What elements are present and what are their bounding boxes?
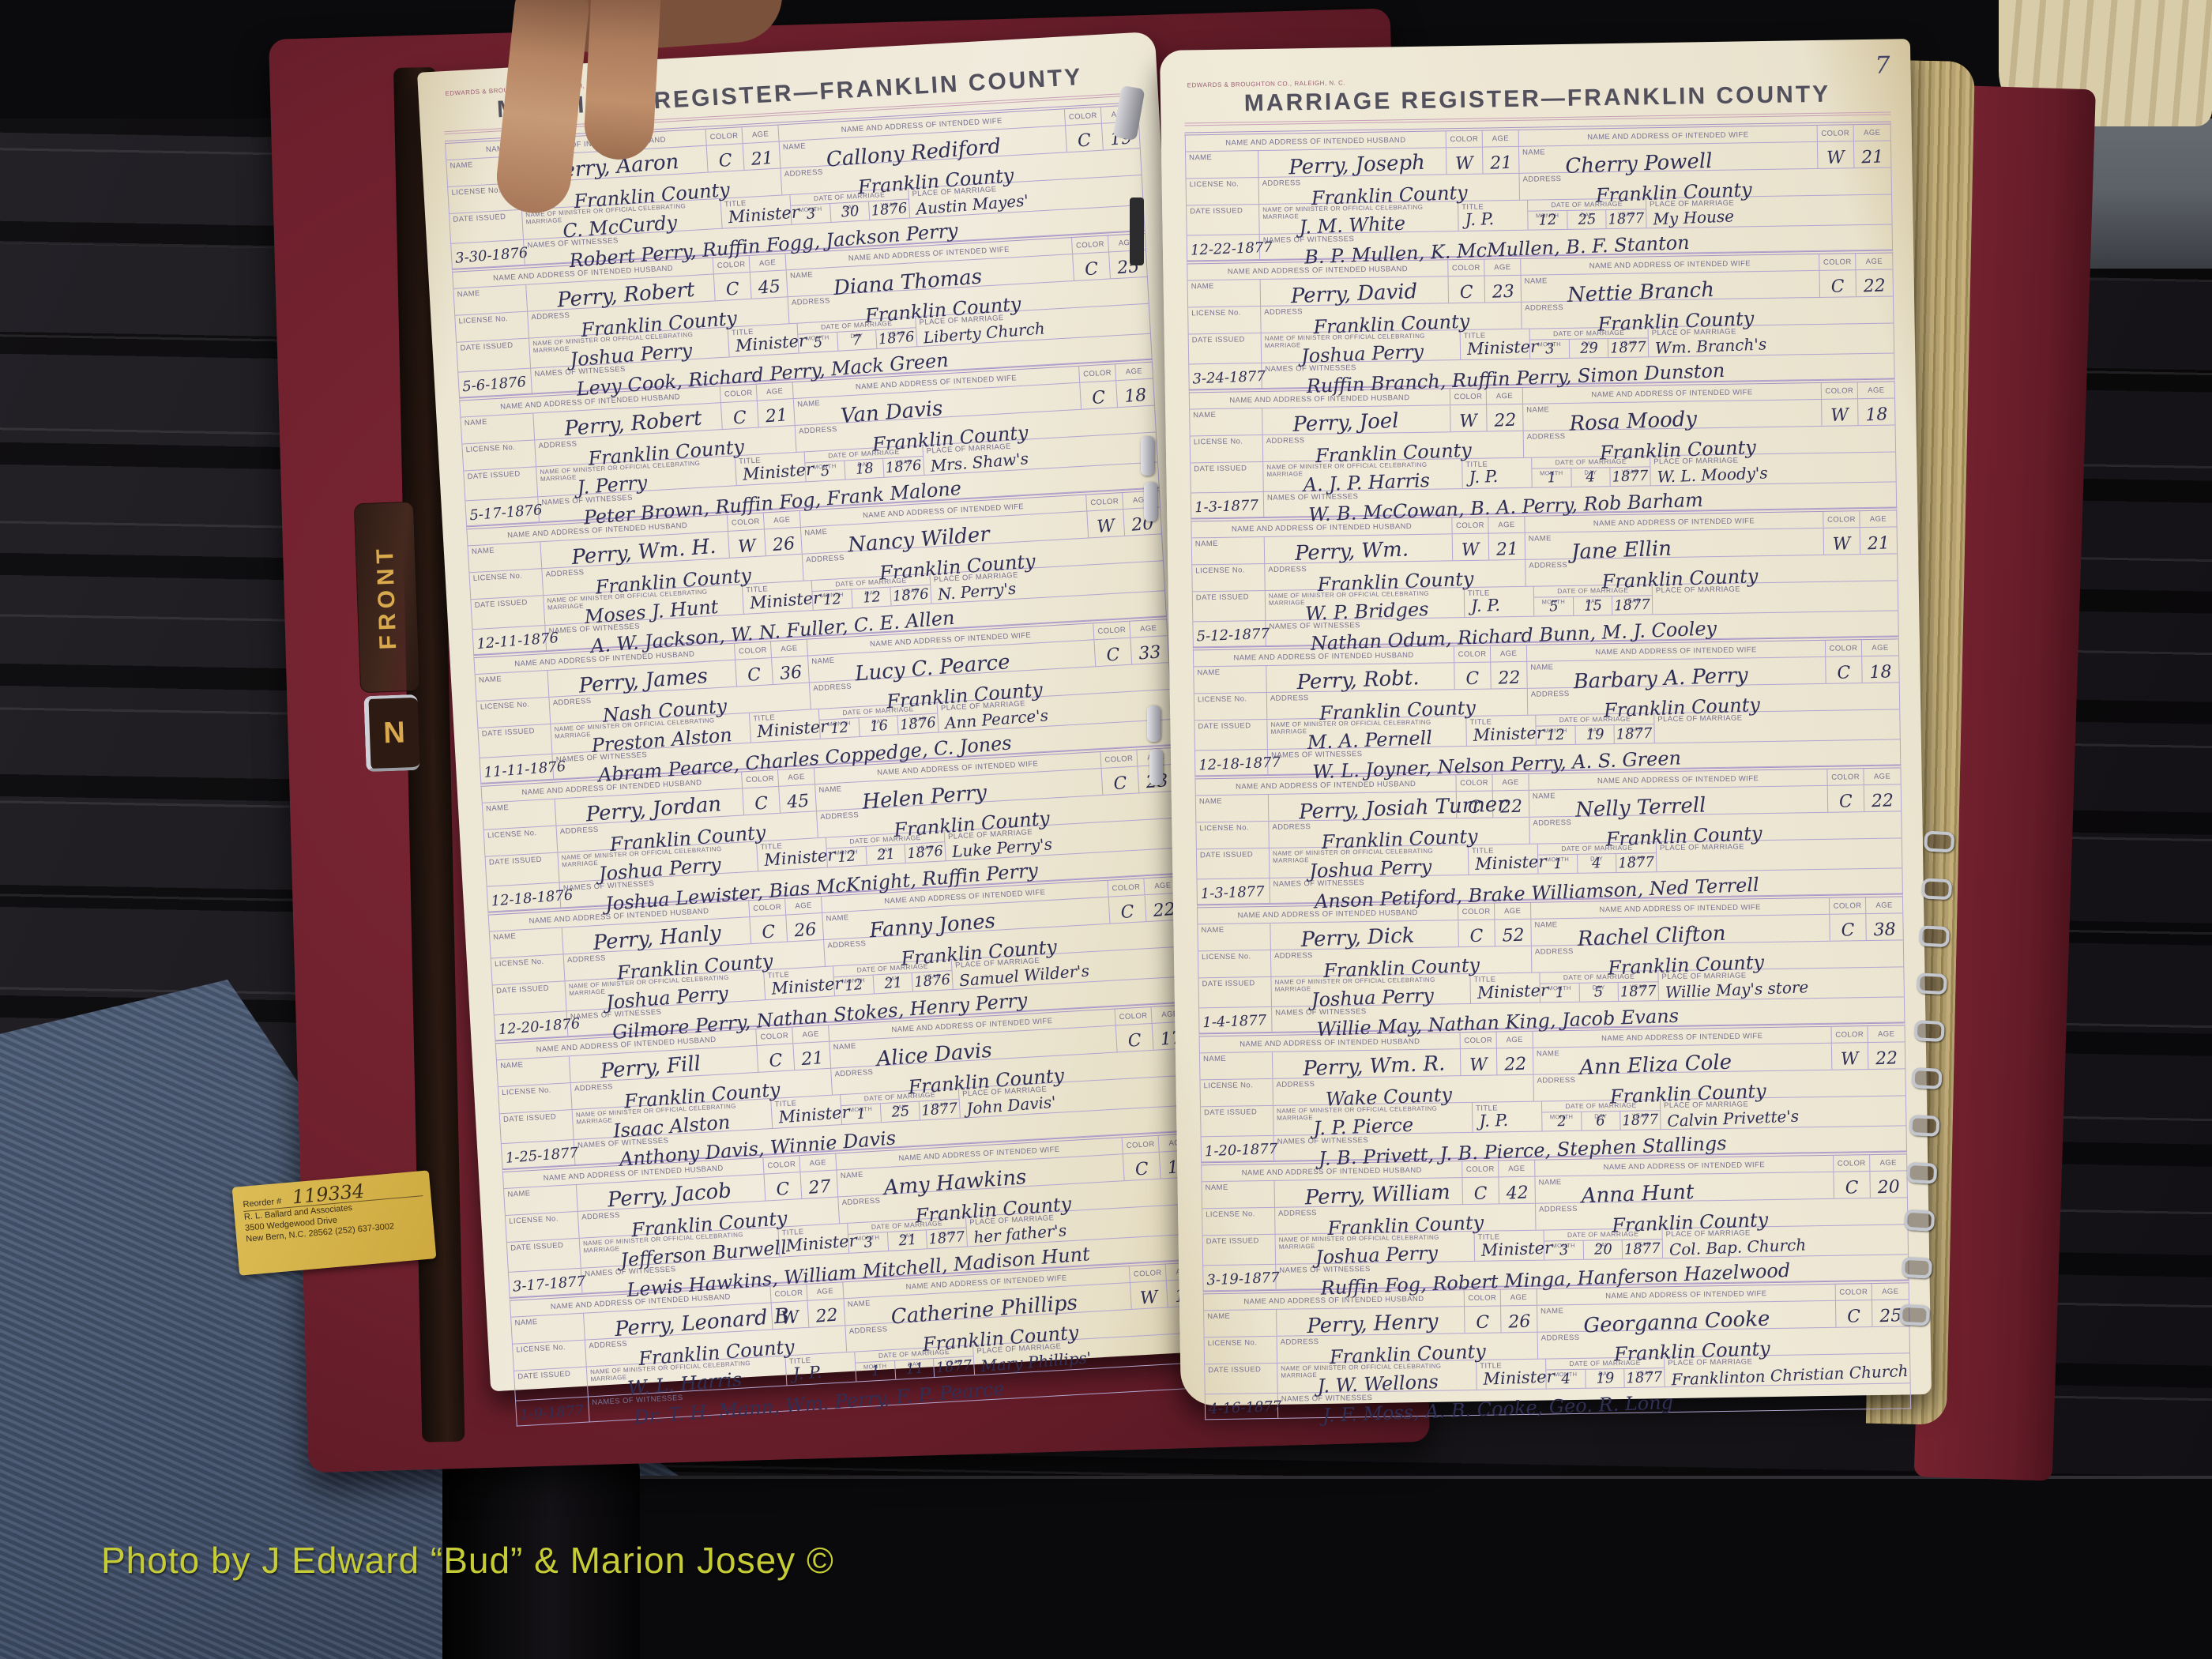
color-header-label: COLOR: [1836, 1284, 1872, 1300]
register-entry: NAME AND ADDRESS OF INTENDED HUSBAND COL…: [1193, 636, 1901, 776]
date-issued-value-cell: 5-6-1876: [458, 369, 532, 397]
color-header-label: COLOR: [1123, 1136, 1160, 1154]
husband-age: 22: [1499, 797, 1522, 818]
date-issued-value-cell: 12-22-1877: [1187, 235, 1260, 260]
age-header-label: AGE: [1870, 1154, 1906, 1171]
date-issued-value-cell: 1-25-1877: [502, 1140, 576, 1168]
year-cell: YEAR1877: [927, 1228, 967, 1249]
month-value: 12: [822, 591, 842, 610]
husband-age-cell: 26: [786, 913, 824, 942]
husband-age-cell: 42: [1499, 1177, 1536, 1204]
month-value: 2: [1557, 1113, 1567, 1130]
title-cell: TITLEMinister: [743, 581, 814, 614]
wife-color: C: [1084, 259, 1099, 280]
color-header-label: COLOR: [1079, 364, 1116, 382]
date-issued-label-cell: DATE ISSUED: [493, 981, 567, 1014]
day-value: 7: [852, 332, 862, 350]
husband-age-cell: 27: [800, 1171, 838, 1199]
year-value: 1876: [885, 457, 922, 478]
title-cell: TITLEMinister: [764, 966, 835, 999]
month-value: 3: [1544, 340, 1554, 358]
day-value: 25: [1578, 211, 1597, 229]
husband-color-cell: W: [1461, 1048, 1498, 1075]
wife-color-cell: C: [1123, 1153, 1161, 1181]
husband-age: 22: [1503, 1055, 1526, 1075]
date-issued-value: 3-19-1877: [1206, 1270, 1280, 1289]
register-entry: NAME AND ADDRESS OF INTENDED HUSBAND COL…: [1185, 121, 1893, 261]
color-header-label: COLOR: [1822, 382, 1858, 399]
day-value: 19: [1586, 726, 1604, 744]
place-value: Wm. Branch's: [1655, 334, 1767, 357]
license-label-cell: LICENSE No.: [1198, 950, 1272, 977]
wife-color-cell: C: [1066, 124, 1104, 152]
husband-color-cell: W: [1453, 534, 1490, 561]
date-issued-value-cell: 12-18-1876: [487, 883, 562, 912]
husband-age: 36: [779, 663, 803, 684]
day-cell: DAY19: [1575, 725, 1615, 744]
title-cell: TITLEMinister: [757, 838, 828, 871]
husband-color-cell: C: [1465, 1306, 1502, 1333]
wife-age: 38: [1873, 920, 1896, 940]
wife-color-cell: W: [1818, 141, 1855, 168]
wife-name-cell: NAMENettie Branch: [1522, 271, 1820, 302]
age-header-label: AGE: [1488, 517, 1525, 533]
license-label: LICENSE No.: [1206, 1209, 1255, 1219]
date-issued-label: DATE ISSUED: [1204, 1108, 1257, 1117]
register-entry: NAME AND ADDRESS OF INTENDED HUSBAND COL…: [1191, 507, 1898, 647]
wife-name-cell: NAMERachel Clifton: [1531, 915, 1830, 946]
name-label: NAME: [479, 675, 502, 685]
date-issued-label: DATE ISSUED: [489, 856, 543, 867]
license-label-cell: LICENSE No.: [1196, 822, 1270, 848]
title-value: J. P.: [792, 1363, 822, 1384]
month-value: 3: [1559, 1242, 1568, 1259]
date-issued-label: DATE ISSUED: [503, 1112, 557, 1124]
month-value: 4: [1561, 1371, 1571, 1388]
name-label: NAME: [804, 528, 828, 538]
license-label-cell: LICENSE No.: [1205, 1337, 1278, 1364]
age-header-label: AGE: [743, 126, 780, 144]
photographer-watermark: Photo by J Edward “Bud” & Marion Josey ©: [101, 1539, 834, 1582]
year-value: 1877: [1626, 1369, 1663, 1388]
address-label: ADDRESS: [1529, 561, 1567, 570]
day-value: 29: [1579, 340, 1598, 358]
date-of-marriage-columns: MONTH3 DAY29 YEAR1877: [1530, 337, 1648, 358]
date-issued-value-cell: 1-9-1877: [516, 1398, 590, 1426]
address-label: ADDRESS: [567, 954, 606, 965]
name-label-cell: NAME: [468, 542, 543, 572]
gutter-clip: [1141, 436, 1154, 476]
page-number: 7: [1875, 51, 1890, 79]
title-cell: TITLEMinister: [1469, 845, 1539, 875]
year-cell: YEAR1876: [884, 457, 924, 477]
date-issued-value: 3-30-1876: [454, 245, 529, 267]
address-label: ADDRESS: [827, 939, 866, 950]
husband-color: C: [725, 280, 740, 300]
name-label: NAME: [848, 1299, 871, 1309]
binder-ring: [1906, 1162, 1937, 1184]
hand-finger: [583, 0, 663, 161]
husband-name: Perry, Dick: [1300, 924, 1415, 951]
date-issued-label: DATE ISSUED: [1198, 721, 1251, 731]
month-value: 3: [806, 205, 816, 224]
husband-age: 45: [786, 791, 810, 812]
title-value: Minister: [1473, 723, 1544, 744]
age-header-label: AGE: [799, 1154, 837, 1172]
husband-color: C: [1476, 1312, 1490, 1333]
date-issued-label-cell: DATE ISSUED: [507, 1239, 581, 1272]
wife-color: C: [1847, 1307, 1861, 1327]
wife-age-cell: 38: [1866, 913, 1903, 940]
husband-name: Perry, Robt.: [1296, 666, 1420, 694]
color-header-label: COLOR: [1830, 897, 1866, 914]
month-value: 12: [829, 720, 849, 739]
date-issued-value-cell: 12-11-1876: [472, 626, 547, 654]
day-cell: DAY21: [888, 1230, 928, 1251]
license-label: LICENSE No.: [465, 443, 515, 454]
date-issued-label: DATE ISSUED: [482, 727, 536, 739]
husband-age-cell: 26: [1501, 1306, 1538, 1333]
husband-age-cell: 52: [1495, 920, 1532, 946]
address-label: ADDRESS: [1537, 1076, 1575, 1085]
year-value: 1877: [1622, 1112, 1659, 1130]
husband-color-cell: C: [765, 1172, 803, 1201]
wife-color-cell: W: [1130, 1281, 1168, 1309]
address-label: ADDRESS: [841, 1197, 880, 1208]
year-cell: YEAR1877: [1611, 467, 1650, 486]
day-cell: DAY25: [1567, 210, 1607, 229]
wife-color-cell: C: [1109, 895, 1147, 924]
date-issued-value-cell: 5-12-1877: [1193, 621, 1266, 646]
title-cell: TITLEMinister: [721, 195, 792, 228]
year-cell: YEAR1876: [891, 585, 931, 606]
date-issued-label: DATE ISSUED: [453, 213, 506, 224]
husband-color: W: [1469, 1055, 1488, 1075]
date-issued-label-cell: DATE ISSUED: [1197, 848, 1270, 878]
husband-color-cell: C: [721, 401, 759, 430]
month-cell: MONTH5: [1534, 597, 1574, 616]
wife-name-cell: NAMERosa Moody: [1523, 400, 1822, 431]
husband-color: C: [1459, 283, 1473, 303]
license-label: LICENSE No.: [516, 1343, 566, 1354]
husband-age-cell: 45: [750, 270, 788, 299]
wife-name: Anna Hunt: [1581, 1180, 1695, 1208]
name-label: NAME: [514, 1318, 538, 1328]
title-cell: TITLEJ. P.: [1473, 1102, 1543, 1132]
license-label: LICENSE No.: [480, 700, 530, 711]
husband-name-cell: Perry, Josiah Turner: [1269, 792, 1457, 821]
license-label: LICENSE No.: [1204, 1081, 1254, 1090]
husband-name-cell: Perry, Wm.: [1265, 534, 1453, 563]
color-header-label: COLOR: [1823, 511, 1860, 528]
right-page: 7 EDWARDS & BROUGHTON CO., RALEIGH, N. C…: [1160, 39, 1932, 1406]
month-value: 5: [1548, 598, 1558, 615]
day-cell: DAY11: [895, 1359, 935, 1379]
date-issued-label-cell: DATE ISSUED: [1191, 462, 1264, 492]
wife-color: C: [1091, 388, 1106, 408]
name-label: NAME: [1195, 540, 1218, 548]
title-cell: TITLEJ. P.: [1465, 587, 1535, 617]
title-cell: TITLEJ. P.: [1462, 458, 1533, 488]
name-label-cell: NAME: [1194, 666, 1267, 693]
license-label-cell: LICENSE No.: [484, 826, 559, 856]
left-page: EDWARDS & BROUGHTON CO., RALEIGH, N. C. …: [417, 32, 1228, 1392]
husband-color-cell: W: [1446, 148, 1484, 175]
title-value: J. P.: [1469, 467, 1499, 487]
address-label: ADDRESS: [531, 311, 570, 322]
color-header-label: COLOR: [1093, 622, 1130, 640]
name-label: NAME: [486, 803, 510, 814]
license-label-cell: LICENSE No.: [1202, 1208, 1276, 1235]
husband-age: 26: [772, 534, 796, 555]
address-label: ADDRESS: [1262, 179, 1301, 188]
date-of-marriage-columns: MONTH1 DAY4 YEAR1877: [1538, 852, 1656, 873]
name-label: NAME: [1538, 1178, 1561, 1187]
date-issued-value: 12-18-1877: [1198, 754, 1281, 774]
year-value: 1877: [1612, 468, 1649, 487]
husband-color-cell: C: [735, 658, 773, 687]
color-header-label: COLOR: [1446, 131, 1483, 148]
name-label-cell: NAME: [1200, 1052, 1273, 1079]
index-tab-label: N: [383, 716, 406, 750]
wife-color: C: [1845, 1178, 1859, 1198]
title-value: Minister: [1477, 980, 1548, 1002]
name-label-cell: NAME: [1190, 408, 1263, 435]
name-label: NAME: [465, 418, 488, 428]
license-label: LICENSE No.: [458, 314, 508, 325]
husband-age-cell: 22: [808, 1299, 846, 1327]
color-header-label: COLOR: [1086, 493, 1123, 511]
year-value: 1876: [907, 843, 944, 863]
husband-name-cell: Perry, Henry: [1277, 1307, 1465, 1336]
address-label: ADDRESS: [1270, 694, 1309, 703]
day-value: 12: [862, 589, 882, 608]
title-cell: TITLEJ. P.: [1458, 201, 1529, 231]
title-cell: TITLEMinister: [1470, 973, 1540, 1003]
license-label-cell: LICENSE No.: [513, 1341, 587, 1371]
register-entry: NAME AND ADDRESS OF INTENDED HUSBAND COL…: [1199, 1022, 1907, 1162]
title-cell: TITLEMinister: [1477, 1360, 1547, 1390]
minister-name: J. M. White: [1299, 213, 1405, 239]
wife-color: W: [1841, 1049, 1860, 1070]
register-entry: NAME AND ADDRESS OF INTENDED HUSBAND COL…: [1189, 378, 1897, 518]
wife-color-cell: C: [1819, 270, 1856, 297]
age-header-label: AGE: [1864, 768, 1900, 784]
date-issued-label: DATE ISSUED: [460, 341, 513, 353]
husband-name-cell: Perry, Wm. R.: [1273, 1049, 1461, 1078]
husband-age-cell: 21: [743, 142, 781, 171]
reorder-label: Reorder #: [243, 1197, 282, 1209]
husband-age-cell: 22: [1491, 662, 1528, 689]
year-cell: YEAR1877: [1616, 853, 1656, 872]
age-header-label: AGE: [1868, 1025, 1905, 1042]
husband-age: 52: [1502, 926, 1525, 946]
wife-age: 21: [1867, 533, 1890, 554]
husband-color: C: [762, 922, 777, 942]
date-issued-value-cell: 4-16-1877: [1206, 1394, 1278, 1419]
front-tab-label: FRONT: [372, 544, 403, 650]
husband-color: W: [1461, 540, 1480, 560]
date-issued-label-cell: DATE ISSUED: [1205, 1364, 1278, 1394]
husband-name: Perry, David: [1290, 280, 1417, 308]
license-label: LICENSE No.: [509, 1214, 559, 1225]
husband-name-cell: Perry, David: [1261, 276, 1449, 306]
binder-ring: [1899, 1304, 1930, 1326]
name-label-cell: NAME: [1188, 280, 1262, 307]
husband-age-cell: 21: [1483, 147, 1520, 174]
age-header-label: AGE: [1484, 259, 1521, 276]
month-value: 12: [844, 976, 863, 995]
year-value: 1877: [928, 1228, 965, 1249]
license-label: LICENSE No.: [473, 572, 523, 583]
age-header-label: AGE: [1856, 253, 1892, 269]
reorder-number: 119334: [292, 1184, 365, 1206]
husband-color: C: [747, 665, 762, 686]
date-issued-label-cell: DATE ISSUED: [450, 210, 524, 243]
date-issued-value-cell: 1-20-1877: [1202, 1136, 1274, 1161]
wife-color: W: [1830, 405, 1849, 426]
address-label: ADDRESS: [545, 568, 584, 579]
date-issued-label-cell: DATE ISSUED: [1194, 720, 1268, 750]
husband-age-cell: 45: [779, 784, 817, 813]
wife-color: C: [1113, 773, 1128, 794]
husband-color: C: [1468, 798, 1482, 818]
date-of-marriage-columns: MONTH4 DAY19 YEAR1877: [1546, 1367, 1664, 1388]
address-label: ADDRESS: [1541, 1334, 1580, 1343]
license-label: LICENSE No.: [1194, 437, 1243, 446]
age-header-label: AGE: [1497, 1032, 1533, 1048]
license-label: LICENSE No.: [1191, 308, 1241, 318]
wife-color-cell: C: [1116, 1024, 1154, 1052]
date-issued-label: DATE ISSUED: [1200, 850, 1253, 860]
day-cell: DAY18: [845, 459, 885, 480]
license-label-cell: LICENSE No.: [1191, 435, 1264, 462]
day-value: 11: [905, 1360, 924, 1379]
color-header-label: COLOR: [1819, 254, 1856, 270]
day-value: 20: [1593, 1241, 1612, 1259]
color-header-label: COLOR: [1827, 769, 1864, 785]
husband-color-cell: W: [1450, 405, 1488, 432]
wife-age: 22: [1863, 276, 1886, 296]
date-issued-label: DATE ISSUED: [517, 1370, 571, 1382]
husband-age: 21: [750, 149, 773, 170]
husband-age: 21: [1489, 153, 1512, 174]
month-value: 5: [820, 463, 830, 481]
name-label-cell: NAME: [1204, 1310, 1277, 1337]
month-value: 12: [837, 848, 856, 867]
wife-color: C: [1106, 645, 1121, 665]
license-label-cell: LICENSE No.: [455, 312, 529, 342]
wife-age-cell: 18: [1862, 656, 1899, 683]
wife-age-cell: 18: [1858, 398, 1895, 425]
license-label: LICENSE No.: [487, 829, 537, 840]
date-issued-label: DATE ISSUED: [467, 470, 521, 482]
day-cell: DAY19: [1586, 1369, 1625, 1388]
date-issued-value: 1-20-1877: [1205, 1141, 1278, 1161]
year-cell: YEAR1876: [869, 200, 909, 220]
color-header-label: COLOR: [1818, 125, 1854, 141]
name-label: NAME: [1189, 153, 1212, 162]
wife-name-cell: NAMEGeorganna Cooke: [1537, 1301, 1836, 1332]
wife-name-cell: NAMENelly Terrell: [1529, 786, 1828, 817]
wife-age: 22: [1872, 791, 1894, 811]
age-header-label: AGE: [1854, 124, 1890, 141]
day-cell: DAY4: [1578, 854, 1617, 873]
name-label: NAME: [493, 932, 517, 942]
name-label: NAME: [826, 913, 849, 924]
date-issued-label-cell: DATE ISSUED: [1201, 1106, 1274, 1136]
date-of-marriage-columns: MONTH3 DAY20 YEAR1877: [1544, 1239, 1662, 1259]
gutter-clip: [1149, 749, 1163, 785]
wife-name-cell: NAMEAnna Hunt: [1535, 1172, 1834, 1203]
wife-color-cell: C: [1094, 638, 1132, 667]
age-header-label: AGE: [1115, 363, 1153, 381]
color-header-label: COLOR: [1108, 878, 1145, 897]
color-header-label: COLOR: [706, 127, 743, 145]
license-label: LICENSE No.: [495, 957, 544, 969]
day-value: 18: [855, 460, 875, 479]
wife-age-cell: 22: [1856, 269, 1893, 296]
license-label: LICENSE No.: [1199, 823, 1249, 833]
month-value: 1: [856, 1105, 866, 1123]
place-value: My House: [1653, 206, 1734, 228]
date-issued-value: 5-12-1877: [1196, 626, 1270, 645]
name-label-cell: NAME: [1186, 151, 1259, 178]
husband-color-cell: C: [1449, 276, 1486, 303]
name-label-cell: NAME: [1192, 537, 1266, 564]
husband-color: C: [769, 1051, 784, 1071]
register-entry: NAME AND ADDRESS OF INTENDED HUSBAND COL…: [1187, 250, 1894, 389]
name-label: NAME: [1529, 534, 1552, 543]
day-value: 16: [869, 717, 889, 736]
year-cell: YEAR1877: [1612, 596, 1652, 615]
binder-ring: [1921, 878, 1952, 900]
license-label-cell: LICENSE No.: [1194, 693, 1268, 720]
title-value: J. P.: [1465, 209, 1495, 229]
husband-color-cell: C: [1462, 1177, 1499, 1204]
wife-age-cell: 22: [1864, 784, 1902, 811]
year-value: 1876: [914, 972, 951, 992]
wife-age-cell: 33: [1130, 636, 1168, 664]
date-of-marriage-columns: MONTH5 DAY15 YEAR1877: [1534, 595, 1652, 615]
license-label: LICENSE No.: [1208, 1338, 1258, 1348]
month-value: 12: [1546, 727, 1565, 745]
name-label: NAME: [1199, 797, 1222, 806]
color-header-label: COLOR: [1065, 107, 1102, 126]
day-cell: DAY21: [866, 845, 906, 865]
year-value: 1877: [1620, 983, 1657, 1002]
front-tab: FRONT: [354, 502, 420, 694]
date-issued-label-cell: DATE ISSUED: [1189, 333, 1262, 363]
year-cell: YEAR1877: [1620, 1111, 1660, 1130]
address-label: ADDRESS: [784, 168, 823, 179]
name-label: NAME: [457, 289, 480, 299]
husband-age: 26: [1507, 1312, 1530, 1333]
date-issued-value: 5-17-1876: [469, 502, 544, 524]
year-value: 1876: [892, 585, 929, 606]
name-label-cell: NAME: [504, 1185, 578, 1215]
age-header-label: AGE: [1866, 897, 1902, 913]
address-label: ADDRESS: [813, 683, 852, 694]
date-issued-value-cell: 1-4-1877: [1199, 1007, 1272, 1033]
name-label: NAME: [1191, 282, 1214, 291]
gutter-clip: [1147, 705, 1161, 742]
date-issued-value: 3-17-1877: [512, 1273, 586, 1295]
address-label: ADDRESS: [792, 296, 830, 307]
name-label: NAME: [840, 1171, 863, 1181]
day-cell: DAY25: [880, 1102, 920, 1123]
wife-color: C: [1134, 1159, 1149, 1179]
